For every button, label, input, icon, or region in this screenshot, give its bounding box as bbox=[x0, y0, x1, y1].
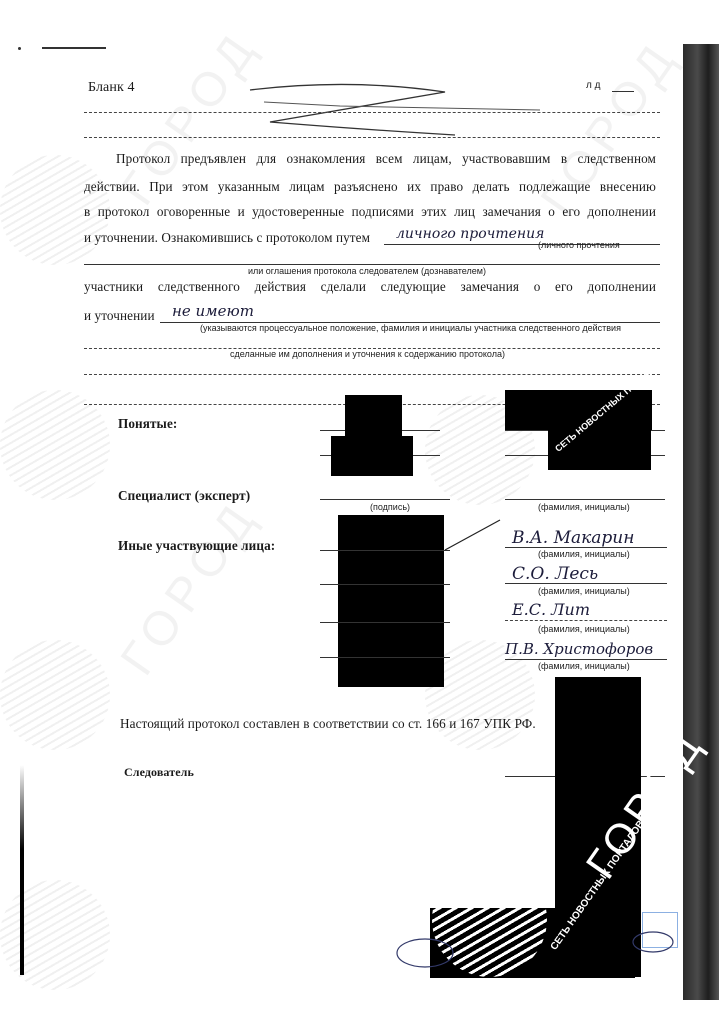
signature-oval bbox=[395, 920, 685, 980]
watermark-circle bbox=[0, 390, 110, 500]
handwritten-remarks: не имеют bbox=[172, 302, 254, 320]
header-line-2 bbox=[84, 137, 660, 138]
participant-name-line-2 bbox=[505, 583, 667, 584]
watermark-circle bbox=[425, 395, 535, 505]
paragraph2-line1: участники следственного действия сделали… bbox=[84, 279, 656, 295]
caption-additions: сделанные им дополнения и уточнения к со… bbox=[230, 349, 505, 359]
redacted-participant-signatures bbox=[338, 515, 444, 687]
caption-signature: (подпись) bbox=[370, 502, 410, 512]
caption-announcement: или оглашения протокола следователем (до… bbox=[248, 266, 486, 276]
participant-sig-line-1 bbox=[320, 550, 450, 551]
redacted-witness2-name bbox=[548, 430, 651, 470]
specialist-label: Специалист (эксперт) bbox=[118, 488, 250, 504]
participant-name-4: П.В. Христофоров bbox=[505, 640, 653, 658]
scan-mark-line bbox=[42, 47, 106, 49]
paragraph1-line2: действии. При этом указанным лицам разъя… bbox=[84, 179, 656, 195]
page-label: л д bbox=[586, 80, 600, 91]
paragraph2-line2: и уточнении bbox=[84, 308, 155, 324]
paragraph1-line4: и уточнении. Ознакомившись с протоколом … bbox=[84, 230, 370, 246]
redacted-witness2-signature bbox=[331, 436, 413, 476]
specialist-name-line bbox=[505, 499, 665, 500]
watermark-brand: ГОРОД bbox=[110, 490, 270, 686]
specialist-signature-line bbox=[320, 499, 450, 500]
watermark-circle bbox=[0, 880, 110, 990]
investigator-label: Следователь bbox=[124, 765, 194, 780]
participant-name-3: Е.С. Лит bbox=[512, 600, 590, 619]
caption-name-3: (фамилия, инициалы) bbox=[538, 624, 630, 634]
witnesses-label: Понятые: bbox=[118, 416, 177, 432]
watermark-circle bbox=[0, 640, 110, 750]
paragraph1-line1: Протокол предъявлен для ознакомления все… bbox=[116, 151, 656, 167]
header-signature bbox=[240, 80, 570, 150]
watermark-circle bbox=[425, 640, 535, 750]
signature-stroke bbox=[440, 515, 510, 555]
redacted-witness1-signature bbox=[345, 395, 402, 441]
participant-sig-line-4 bbox=[320, 657, 450, 658]
caption-name-1: (фамилия, инициалы) bbox=[538, 549, 630, 559]
caption-participant-status: (указываются процессуальное положение, ф… bbox=[200, 323, 621, 333]
watermark-circle bbox=[0, 155, 110, 265]
remarks-line-3 bbox=[84, 374, 660, 375]
reading-method-line-2 bbox=[84, 264, 660, 265]
participant-sig-line-3 bbox=[320, 622, 450, 623]
other-participants-label: Иные участвующие лица: bbox=[118, 538, 275, 554]
caption-name-4: (фамилия, инициалы) bbox=[538, 661, 630, 671]
participant-name-line-4 bbox=[505, 659, 667, 660]
caption-name: (фамилия, инициалы) bbox=[538, 502, 630, 512]
participant-name-line-1 bbox=[505, 547, 667, 548]
form-title: Бланк 4 bbox=[88, 80, 135, 96]
paragraph1-line3: в протокол оговоренные и удостоверенные … bbox=[84, 204, 656, 220]
participant-sig-line-2 bbox=[320, 584, 450, 585]
participant-name-2: С.О. Лесь bbox=[512, 564, 598, 584]
page-number-line bbox=[612, 91, 634, 92]
participant-name-line-3 bbox=[505, 620, 667, 621]
scan-mark bbox=[18, 47, 21, 50]
participant-name-1: В.А. Макарин bbox=[512, 528, 634, 548]
caption-name-2: (фамилия, инициалы) bbox=[538, 586, 630, 596]
scan-right-edge bbox=[683, 44, 719, 1000]
header-line-1 bbox=[84, 112, 660, 113]
caption-personal-reading: (личного прочтения bbox=[538, 240, 620, 250]
handwritten-reading-method: личного прочтения bbox=[396, 226, 544, 242]
